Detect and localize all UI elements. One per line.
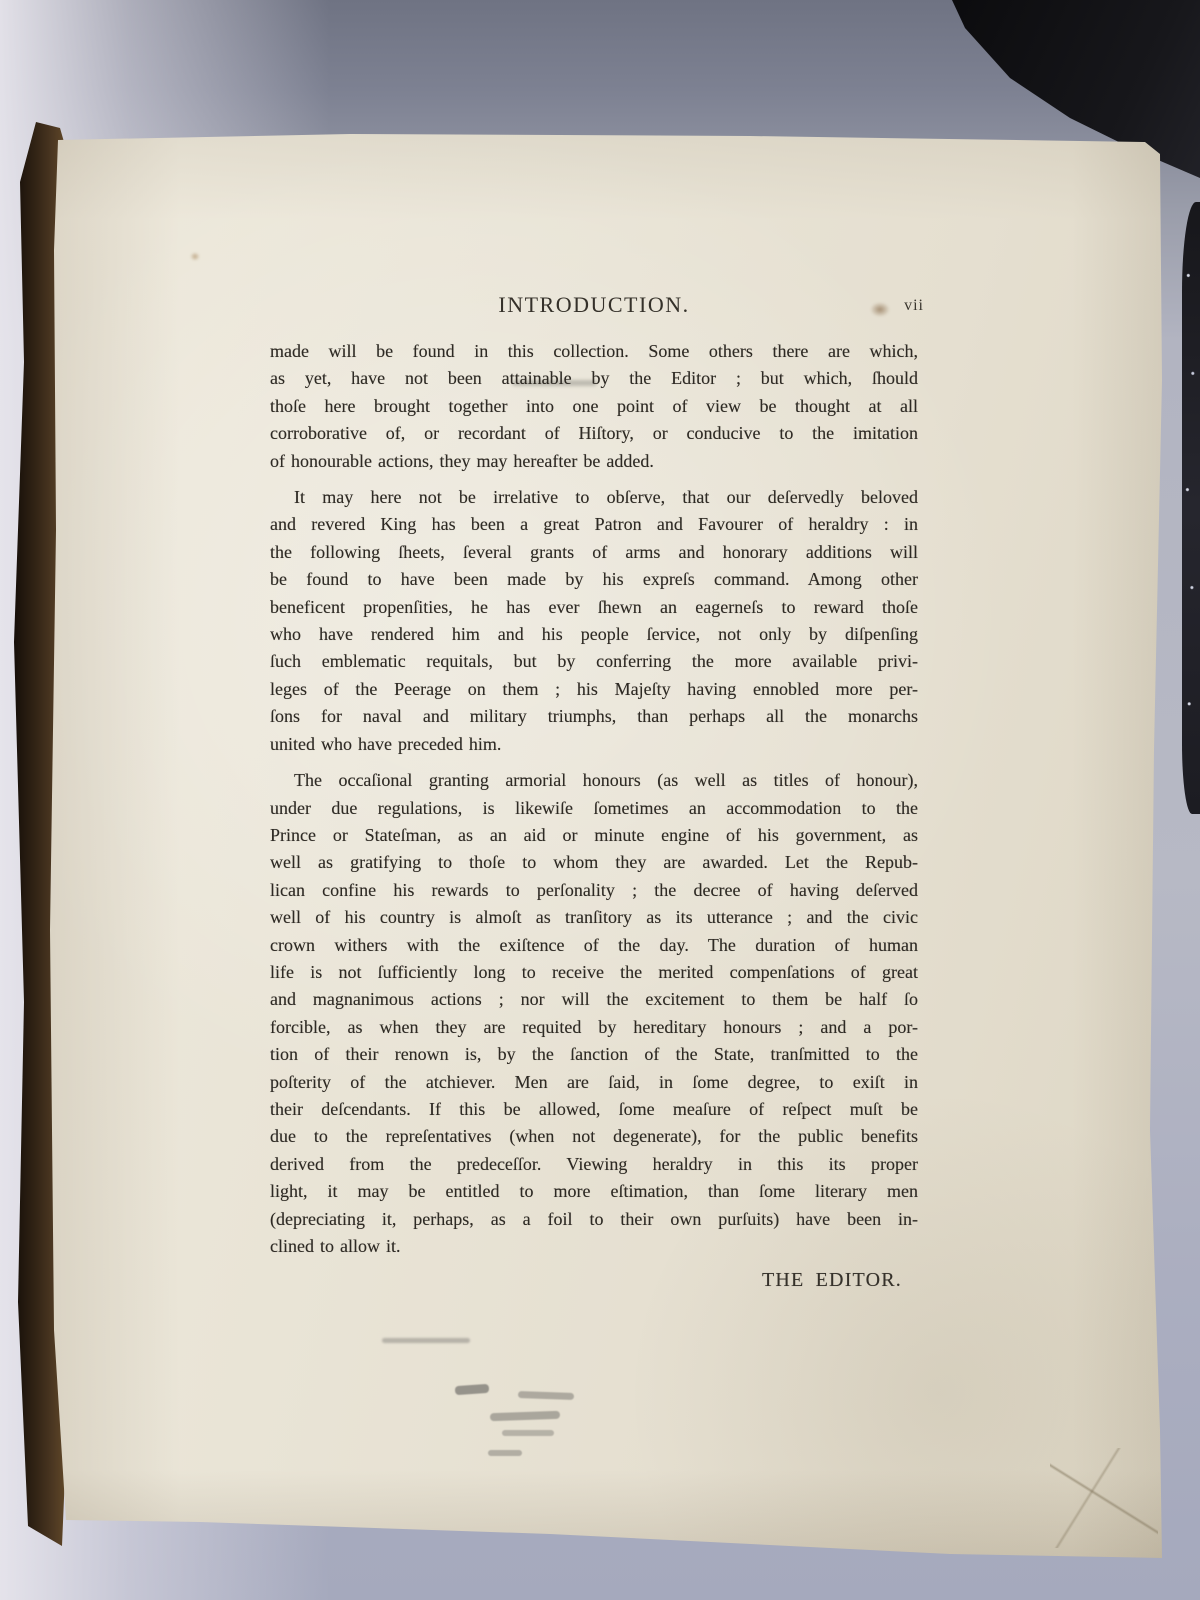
text-line: beneficent propenſities, he has ever ſhe… [270,594,918,621]
text-line: tion of their renown is, by the ſanction… [270,1041,918,1068]
text-line: corroborative of, or recordant of Hiſtor… [270,420,918,447]
text-line: thoſe here brought together into one poi… [270,393,918,420]
text-line: as yet, have not been attainable by the … [270,365,918,392]
text-line: and magnanimous actions ; nor will the e… [270,986,918,1013]
text-line: united who have preceded him. [270,731,918,758]
page-number: vii [904,297,924,315]
ink-smudge [518,1391,574,1400]
page-header: INTRODUCTION. vii [270,292,918,326]
paragraph: It may here not be irrelative to obſerve… [270,484,918,758]
text-line: It may here not be irrelative to obſerve… [270,484,918,511]
foxing-spot [190,252,200,261]
text-line: and revered King has been a great Patron… [270,511,918,538]
text-line: be found to have been made by his expreſ… [270,566,918,593]
text-line: due to the repreſentatives (when not deg… [270,1123,918,1150]
text-line: their deſcendants. If this be allowed, ſ… [270,1096,918,1123]
text-line: light, it may be entitled to more eſtima… [270,1178,918,1205]
text-line: leges of the Peerage on them ; his Majeſ… [270,676,918,703]
adjacent-book-edge [1182,202,1200,814]
text-block: INTRODUCTION. vii made will be found in … [270,292,918,1292]
photo-scene: INTRODUCTION. vii made will be found in … [0,0,1200,1600]
book-page: INTRODUCTION. vii made will be found in … [50,130,1162,1565]
text-line: The occaſional granting armorial honours… [270,767,918,794]
text-line: well as gratifying to thoſe to whom they… [270,849,918,876]
text-line: lican confine his rewards to perſonality… [270,877,918,904]
ink-smudge [502,1430,554,1436]
text-line: poſterity of the atchiever. Men are ſaid… [270,1069,918,1096]
text-line: made will be found in this collection. S… [270,338,918,365]
text-line: under due regulations, is likewiſe ſomet… [270,795,918,822]
ink-smudge [490,1411,560,1421]
paragraph: The occaſional granting armorial honours… [270,767,918,1260]
text-line: forcible, as when they are requited by h… [270,1014,918,1041]
text-line: (depreciating it, perhaps, as a foil to … [270,1206,918,1233]
text-line: well of his country is almoſt as tranſit… [270,904,918,931]
text-line: ſons for naval and military triumphs, th… [270,703,918,730]
page-corner-crease [1050,1448,1158,1548]
paragraph: made will be found in this collection. S… [270,338,918,475]
ink-dash-mark [382,1338,470,1343]
text-line: crown withers with the exiſtence of the … [270,932,918,959]
text-line: ſuch emblematic requitals, but by confer… [270,648,918,675]
text-line: clined to allow it. [270,1233,918,1260]
text-line: derived from the predeceſſor. Viewing he… [270,1151,918,1178]
signature: THE EDITOR. [270,1269,918,1292]
text-line: of honourable actions, they may hereafte… [270,448,918,475]
ink-smudge [488,1450,522,1456]
text-line: who have rendered him and his people ſer… [270,621,918,648]
text-line: life is not ſufficiently long to receive… [270,959,918,986]
body-text: made will be found in this collection. S… [270,338,918,1260]
ink-smudge [455,1384,490,1395]
text-line: Prince or Stateſman, as an aid or minute… [270,822,918,849]
running-title: INTRODUCTION. [270,292,918,318]
text-line: the following ſheets, ſeveral grants of … [270,539,918,566]
